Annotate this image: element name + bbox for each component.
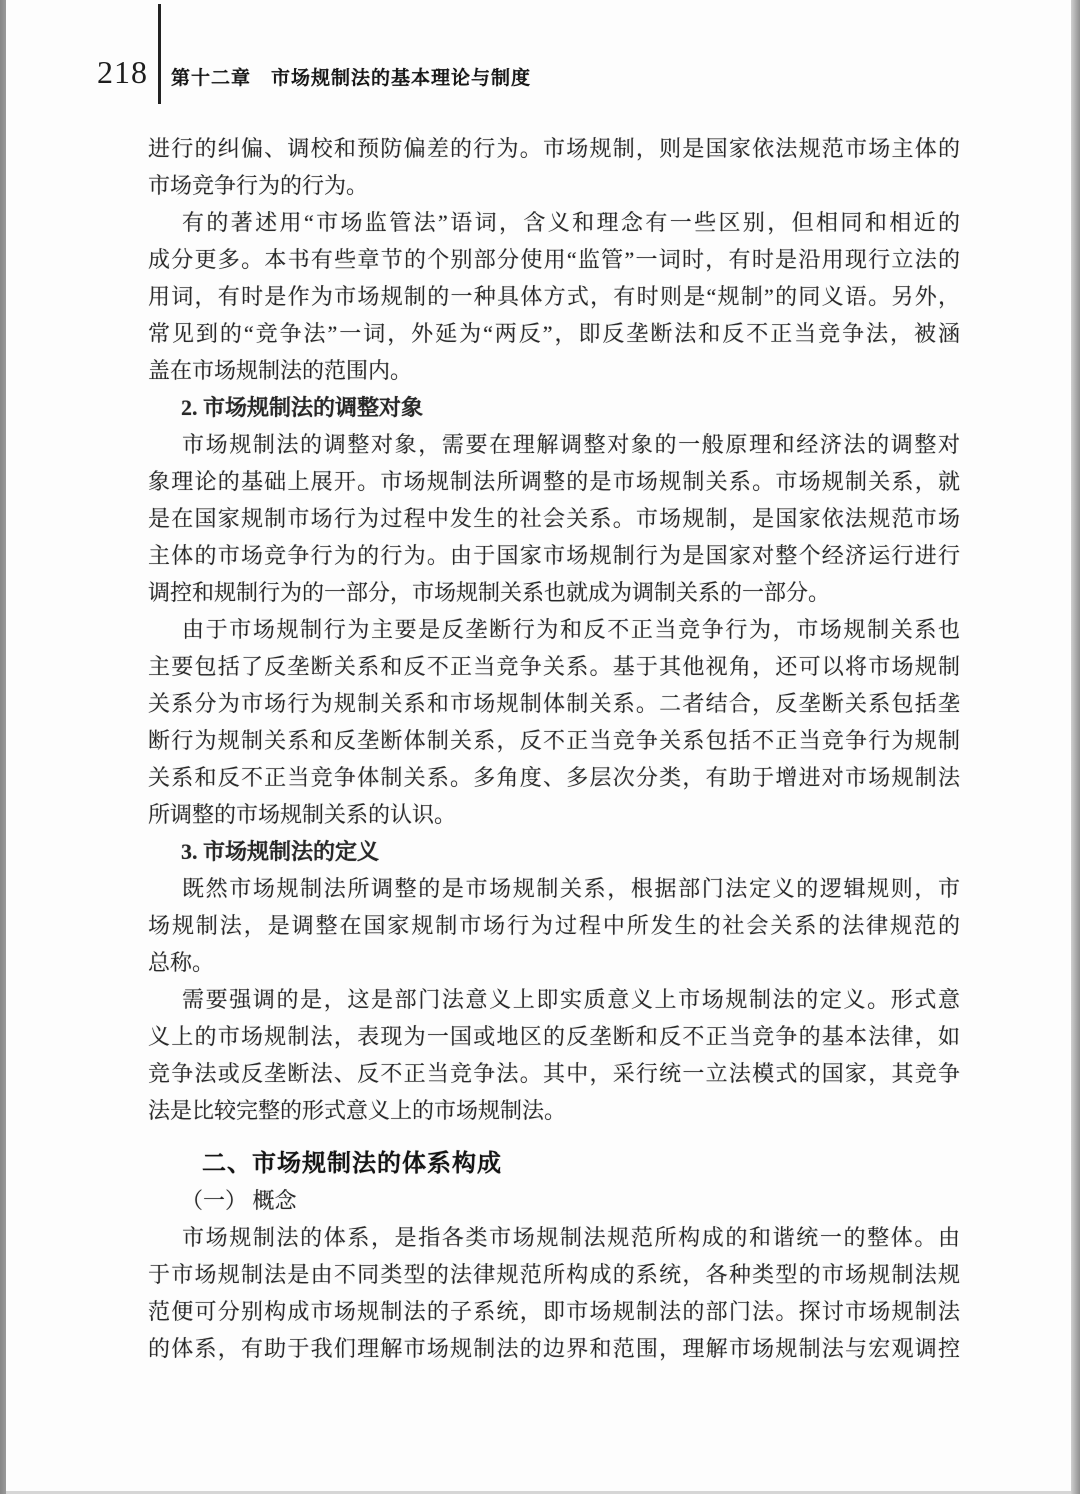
- paragraph: 进行的纠偏、调校和预防偏差的行为。市场规制，则是国家依法规范市场主体的市场竞争行…: [148, 130, 960, 204]
- text-line: 成分更多。本书有些章节的个别部分使用“监管”一词时，有时是沿用现行立法的: [148, 241, 960, 278]
- text-line: 的体系，有助于我们理解市场规制法的边界和范围，理解市场规制法与宏观调控: [148, 1330, 960, 1367]
- page-left-edge: [0, 0, 6, 1494]
- text-line: 断行为规制关系和反垄断体制关系，反不正当竞争关系包括不正当竞争行为规制: [148, 722, 960, 759]
- text-line: 常见到的“竞争法”一词，外延为“两反”，即反垄断法和反不正当竞争法，被涵: [148, 315, 960, 352]
- page-body: 进行的纠偏、调校和预防偏差的行为。市场规制，则是国家依法规范市场主体的市场竞争行…: [148, 130, 960, 1367]
- paragraph: 市场规制法的体系，是指各类市场规制法规范所构成的和谐统一的整体。由于市场规制法是…: [148, 1219, 960, 1367]
- text-line: 市场竞争行为的行为。: [148, 167, 960, 204]
- paragraph: 由于市场规制行为主要是反垄断行为和反不正当竞争行为，市场规制关系也主要包括了反垄…: [148, 611, 960, 833]
- text-line: 既然市场规制法所调整的是市场规制关系，根据部门法定义的逻辑规则，市: [148, 870, 960, 907]
- text-line: 市场规制法的体系，是指各类市场规制法规范所构成的和谐统一的整体。由: [148, 1219, 960, 1256]
- paragraph: 既然市场规制法所调整的是市场规制关系，根据部门法定义的逻辑规则，市场规制法，是调…: [148, 870, 960, 981]
- text-line: 关系和反不正当竞争体制关系。多角度、多层次分类，有助于增进对市场规制法: [148, 759, 960, 796]
- text-line: 关系分为市场行为规制关系和市场规制体制关系。二者结合，反垄断关系包括垄: [148, 685, 960, 722]
- text-line: 总称。: [148, 944, 960, 981]
- text-line: 义上的市场规制法，表现为一国或地区的反垄断和反不正当竞争的基本法律，如: [148, 1018, 960, 1055]
- page-right-edge: [1071, 0, 1080, 1494]
- paragraph: 市场规制法的调整对象，需要在理解调整对象的一般原理和经济法的调整对象理论的基础上…: [148, 426, 960, 611]
- text-line: 由于市场规制行为主要是反垄断行为和反不正当竞争行为，市场规制关系也: [148, 611, 960, 648]
- text-line: 需要强调的是，这是部门法意义上即实质意义上市场规制法的定义。形式意: [148, 981, 960, 1018]
- text-line: 用词，有时是作为市场规制的一种具体方式，有时则是“规制”的同义语。另外，: [148, 278, 960, 315]
- text-line: 竞争法或反垄断法、反不正当竞争法。其中，采行统一立法模式的国家，其竞争: [148, 1055, 960, 1092]
- page-number: 218: [97, 54, 148, 91]
- text-line: 法是比较完整的形式意义上的市场规制法。: [148, 1092, 960, 1129]
- text-line: 调控和规制行为的一部分，市场规制关系也就成为调制关系的一部分。: [148, 574, 960, 611]
- chapter-header: 第十二章 市场规制法的基本理论与制度: [171, 63, 531, 90]
- paragraph: 需要强调的是，这是部门法意义上即实质意义上市场规制法的定义。形式意义上的市场规制…: [148, 981, 960, 1129]
- text-line: 象理论的基础上展开。市场规制法所调整的是市场规制关系。市场规制关系，就: [148, 463, 960, 500]
- text-line: 场规制法，是调整在国家规制市场行为过程中所发生的社会关系的法律规范的: [148, 907, 960, 944]
- text-line: 是在国家规制市场行为过程中发生的社会关系。市场规制，是国家依法规范市场: [148, 500, 960, 537]
- paragraph: 有的著述用“市场监管法”语词，含义和理念有一些区别，但相同和相近的成分更多。本书…: [148, 204, 960, 389]
- section-heading: 二、市场规制法的体系构成: [148, 1145, 960, 1182]
- text-line: 范便可分别构成市场规制法的子系统，即市场规制法的部门法。探讨市场规制法: [148, 1293, 960, 1330]
- sub-heading: 2. 市场规制法的调整对象: [148, 389, 960, 426]
- text-line: 主要包括了反垄断关系和反不正当竞争关系。基于其他视角，还可以将市场规制: [148, 648, 960, 685]
- text-line: 市场规制法的调整对象，需要在理解调整对象的一般原理和经济法的调整对: [148, 426, 960, 463]
- text-line: 盖在市场规制法的范围内。: [148, 352, 960, 389]
- text-line: 有的著述用“市场监管法”语词，含义和理念有一些区别，但相同和相近的: [148, 204, 960, 241]
- sub-heading: （一） 概念: [148, 1182, 960, 1219]
- header-divider-line: [158, 4, 161, 104]
- text-line: 进行的纠偏、调校和预防偏差的行为。市场规制，则是国家依法规范市场主体的: [148, 130, 960, 167]
- sub-heading: 3. 市场规制法的定义: [148, 833, 960, 870]
- text-line: 主体的市场竞争行为的行为。由于国家市场规制行为是国家对整个经济运行进行: [148, 537, 960, 574]
- text-line: 于市场规制法是由不同类型的法律规范所构成的系统，各种类型的市场规制法规: [148, 1256, 960, 1293]
- text-line: 所调整的市场规制关系的认识。: [148, 796, 960, 833]
